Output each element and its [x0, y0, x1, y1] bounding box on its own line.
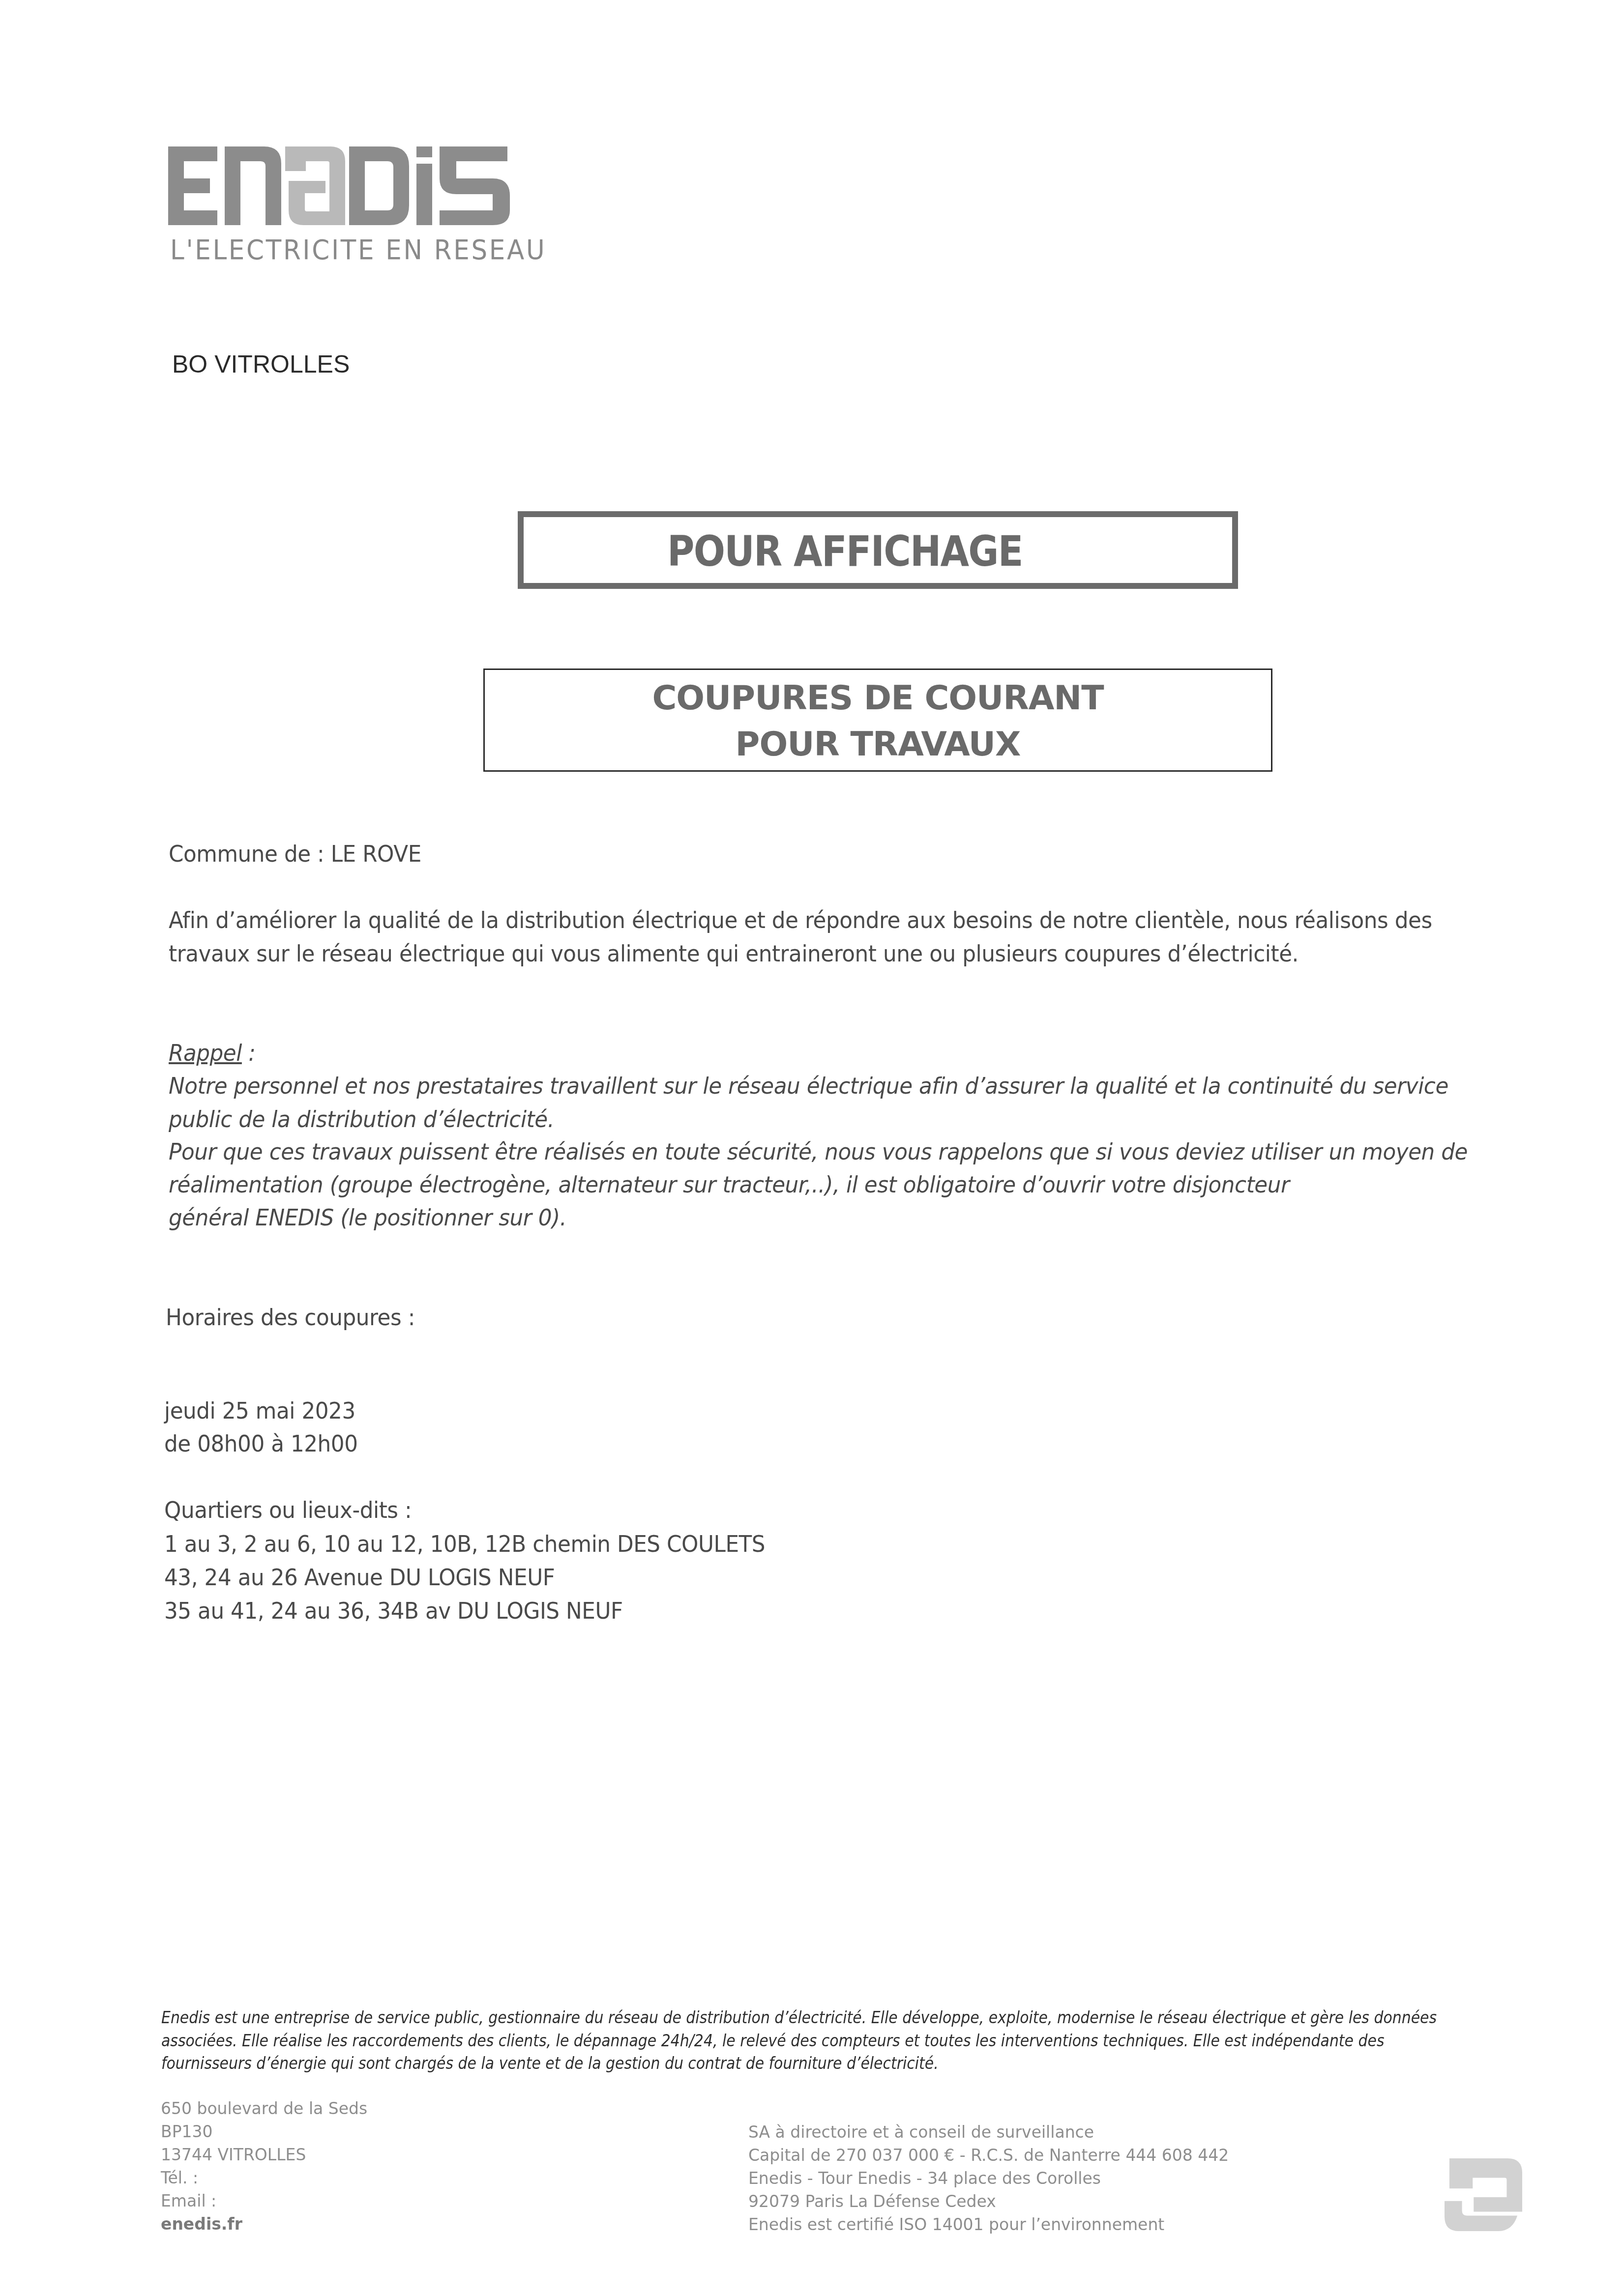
- schedule-label: Horaires des coupures :: [166, 1304, 415, 1331]
- reminder-line: Notre personnel et nos prestataires trav…: [169, 1073, 1448, 1100]
- legal-line: associées. Elle réalise les raccordement…: [161, 2031, 1385, 2051]
- brand-tagline: L'ELECTRICITE EN RESEAU: [170, 234, 546, 266]
- enedis-logo-icon: [168, 146, 522, 225]
- address-line: 650 boulevard de la Seds: [161, 2099, 367, 2118]
- reminder-colon: :: [242, 1040, 256, 1067]
- enedis-emblem-icon: [1445, 2158, 1522, 2232]
- banner-title: POUR AFFICHAGE: [667, 527, 1023, 576]
- location-item: 43, 24 au 26 Avenue DU LOGIS NEUF: [164, 1564, 555, 1591]
- intro-line: travaux sur le réseau électrique qui vou…: [169, 940, 1299, 967]
- address-line: Email :: [161, 2191, 216, 2210]
- schedule-time: de 08h00 à 12h00: [164, 1430, 358, 1457]
- address-line: BP130: [161, 2122, 213, 2141]
- company-line: Enedis est certifié ISO 14001 pour l’env…: [748, 2215, 1164, 2234]
- company-line: 92079 Paris La Défense Cedex: [748, 2192, 996, 2211]
- subject-line: POUR TRAVAUX: [485, 725, 1271, 764]
- reminder-heading: Rappel :: [169, 1040, 256, 1067]
- subject-box: COUPURES DE COURANT POUR TRAVAUX: [483, 668, 1272, 772]
- office-name: BO VITROLLES: [172, 350, 350, 378]
- address-line: 13744 VITROLLES: [161, 2145, 306, 2164]
- company-line: SA à directoire et à conseil de surveill…: [748, 2122, 1094, 2142]
- commune-line: Commune de : LE ROVE: [169, 841, 421, 868]
- company-line: Capital de 270 037 000 € - R.C.S. de Nan…: [748, 2146, 1229, 2165]
- reminder-line: réalimentation (groupe électrogène, alte…: [169, 1171, 1290, 1198]
- reminder-label: Rappel: [169, 1040, 242, 1067]
- banner-box: POUR AFFICHAGE: [518, 511, 1238, 589]
- legal-line: fournisseurs d’énergie qui sont chargés …: [161, 2054, 939, 2073]
- intro-line: Afin d’améliorer la qualité de la distri…: [169, 907, 1432, 934]
- reminder-line: public de la distribution d’électricité.: [169, 1106, 554, 1133]
- reminder-line: général ENEDIS (le positionner sur 0).: [169, 1204, 566, 1231]
- legal-line: Enedis est une entreprise de service pub…: [161, 2008, 1437, 2028]
- subject-line: COUPURES DE COURANT: [485, 679, 1271, 718]
- locations-label: Quartiers ou lieux-dits :: [164, 1497, 412, 1524]
- location-item: 35 au 41, 24 au 36, 34B av DU LOGIS NEUF: [164, 1598, 623, 1625]
- location-item: 1 au 3, 2 au 6, 10 au 12, 10B, 12B chemi…: [164, 1531, 765, 1558]
- website-link[interactable]: enedis.fr: [161, 2214, 242, 2234]
- schedule-date: jeudi 25 mai 2023: [164, 1397, 355, 1424]
- reminder-line: Pour que ces travaux puissent être réali…: [169, 1138, 1468, 1165]
- company-line: Enedis - Tour Enedis - 34 place des Coro…: [748, 2169, 1101, 2188]
- address-line: Tél. :: [161, 2168, 198, 2187]
